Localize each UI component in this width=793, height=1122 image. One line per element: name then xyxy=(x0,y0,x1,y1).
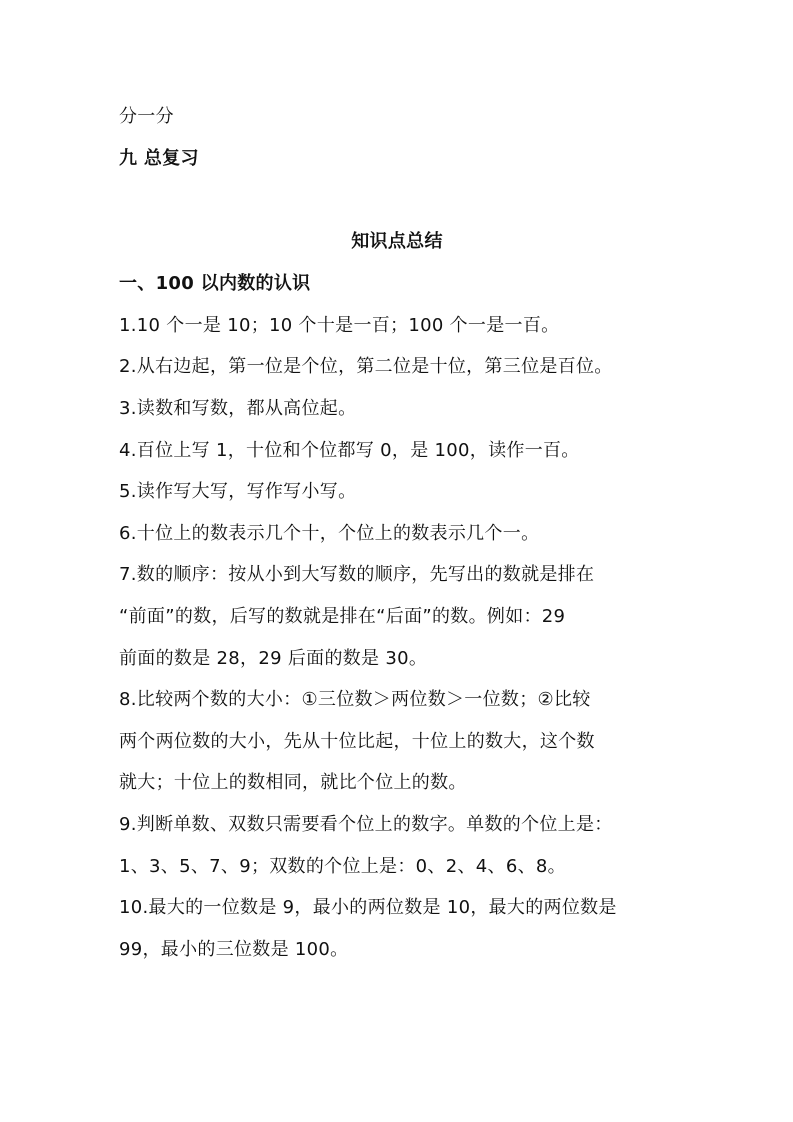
point-line: 1.10 个一是 10；10 个十是一百；100 个一是一百。 xyxy=(119,314,675,338)
point-line: 1、3、5、7、9；双数的个位上是：0、2、4、6、8。 xyxy=(119,855,675,879)
document-title: 知识点总结 xyxy=(119,230,675,254)
point-line: 2.从右边起，第一位是个位，第二位是十位，第三位是百位。 xyxy=(119,355,675,379)
point-line: 就大；十位上的数相同，就比个位上的数。 xyxy=(119,771,675,795)
point-line: 前面的数是 28，29 后面的数是 30。 xyxy=(119,647,675,671)
point-line: 10.最大的一位数是 9，最小的两位数是 10，最大的两位数是 xyxy=(119,896,675,920)
chapter-heading: 九 总复习 xyxy=(119,147,675,171)
section-heading: 一、100 以内数的认识 xyxy=(119,272,675,296)
point-line: “前面”的数，后写的数就是排在“后面”的数。例如：29 xyxy=(119,605,675,629)
point-line: 两个两位数的大小，先从十位比起，十位上的数大，这个数 xyxy=(119,730,675,754)
point-line: 9.判断单数、双数只需要看个位上的数字。单数的个位上是： xyxy=(119,813,675,837)
point-line: 4.百位上写 1，十位和个位都写 0，是 100，读作一百。 xyxy=(119,439,675,463)
point-line: 3.读数和写数，都从高位起。 xyxy=(119,397,675,421)
subject-label: 分一分 xyxy=(119,105,675,129)
point-line: 8.比较两个数的大小：①三位数＞两位数＞一位数；②比较 xyxy=(119,688,675,712)
point-line: 7.数的顺序：按从小到大写数的顺序，先写出的数就是排在 xyxy=(119,563,675,587)
point-line: 5.读作写大写，写作写小写。 xyxy=(119,480,675,504)
point-line: 6.十位上的数表示几个十，个位上的数表示几个一。 xyxy=(119,522,675,546)
point-line: 99，最小的三位数是 100。 xyxy=(119,938,675,962)
